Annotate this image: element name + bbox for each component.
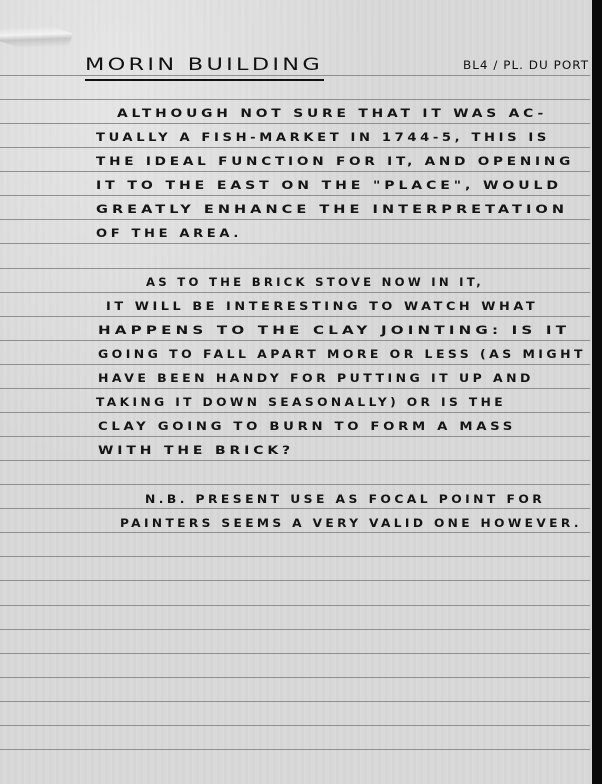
paragraph-2-line: with the brick? — [98, 443, 294, 457]
ruled-line — [0, 749, 590, 750]
scan-edge — [592, 0, 602, 784]
nb-line: painters seems a very valid one however. — [120, 516, 582, 530]
ruled-line — [0, 556, 590, 557]
paragraph-1-line: it to the east on the "Place", would — [96, 178, 562, 192]
ruled-line — [0, 605, 590, 606]
notebook-page: MORIN BUILDING BL4 / PL. DU PORT Althoug… — [0, 0, 592, 784]
ruled-line — [0, 195, 590, 196]
paragraph-2-line: taking it down seasonally) or is the — [96, 395, 506, 409]
paper-crease — [0, 12, 73, 62]
ruled-line — [0, 629, 590, 630]
paragraph-1-line: Although not sure that it was ac- — [117, 106, 547, 120]
paragraph-1-line: tually a fish-market in 1744-5, this is — [96, 130, 550, 144]
ruled-line — [0, 412, 590, 413]
title-underline — [85, 79, 324, 81]
paragraph-2-line: clay going to burn to form a mass — [98, 419, 516, 433]
ruled-line — [0, 171, 590, 172]
ruled-line — [0, 268, 590, 269]
paragraph-1-line: greatly enhance the interpretation — [96, 202, 568, 216]
ruled-line — [0, 725, 590, 726]
ruled-line — [0, 532, 590, 533]
ruled-line — [0, 219, 590, 220]
ruled-line — [0, 388, 590, 389]
paragraph-2-line: have been handy for putting it up and — [98, 371, 534, 385]
paragraph-1-line: of the area. — [96, 226, 242, 240]
ruled-line — [0, 364, 590, 365]
ruled-line — [0, 484, 590, 485]
paragraph-2-line: it will be interesting to watch what — [106, 299, 538, 313]
ruled-line — [0, 653, 590, 654]
ruled-line — [0, 340, 590, 341]
ruled-line — [0, 123, 590, 124]
ruled-line — [0, 677, 590, 678]
ruled-line — [0, 701, 590, 702]
page-title: MORIN BUILDING — [85, 55, 323, 75]
paragraph-1-line: the ideal function for it, and opening — [96, 154, 574, 168]
ruled-line — [0, 580, 590, 581]
ruled-line — [0, 243, 590, 244]
ruled-line — [0, 436, 590, 437]
ruled-line — [0, 460, 590, 461]
ruled-line — [0, 99, 590, 100]
nb-line: N.B. Present use as focal point for — [145, 492, 545, 506]
paragraph-2-line: going to fall apart more or less (as mig… — [98, 347, 586, 361]
ruled-line — [0, 147, 590, 148]
paragraph-2-line: As to the brick stove now in it, — [146, 275, 484, 289]
ruled-line — [0, 508, 590, 509]
ruled-line — [0, 316, 590, 317]
ruled-line — [0, 75, 590, 76]
reference-code: BL4 / PL. DU PORT — [463, 58, 589, 72]
paragraph-2-line: happens to the clay jointing: is it — [98, 323, 570, 337]
ruled-line — [0, 292, 590, 293]
